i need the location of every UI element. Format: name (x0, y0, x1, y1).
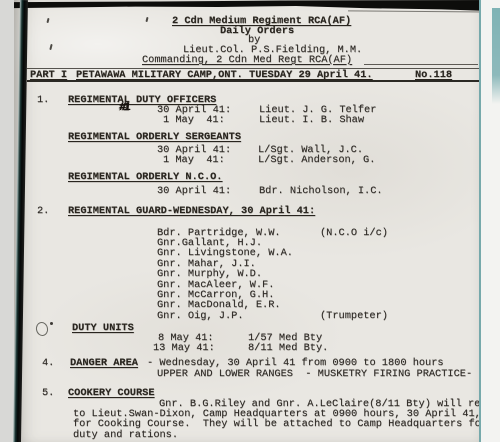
entry-name: L/Sgt. Anderson, G. (258, 155, 375, 166)
section-number: 4. (42, 358, 54, 369)
entry-unit: 8/11 Med Bty. (248, 343, 328, 354)
typed-rule (364, 64, 478, 65)
section-number: 1. (37, 95, 49, 106)
entry-date: 1 May 41: (163, 115, 225, 126)
danger-area-detail: - Wednesday, 30 April 41 from 0900 to 18… (147, 358, 444, 369)
section-number: 2. (37, 206, 49, 217)
section-heading: COOKERY COURSE (68, 388, 155, 399)
entry-name: Lieut. I. B. Shaw (259, 115, 364, 126)
section-heading: REGIMENTAL ORDERLY N.C.O. (68, 172, 222, 183)
masthead-bottom-rule (27, 80, 481, 82)
entry-date: 13 May 41: (153, 343, 215, 354)
guard-member: Gnr. Oig, J.P. (157, 311, 244, 322)
section-heading: DANGER AREA (70, 358, 138, 369)
scan-right-teal-corner (492, 8, 500, 104)
scan-right-edge-line (479, 0, 481, 442)
section-heading: REGIMENTAL ORDERLY SERGEANTS (68, 132, 241, 143)
section-heading: DUTY UNITS (72, 323, 134, 334)
danger-area-detail2: UPPER AND LOWER RANGES - MUSKETRY FIRING… (157, 369, 472, 380)
body-line: duty and rations. (73, 430, 178, 441)
entry-name: Bdr. Nicholson, I.C. (259, 186, 383, 197)
entry-date: 30 April 41: (157, 186, 231, 197)
guard-member-note: (Trumpeter) (320, 311, 388, 322)
entry-date: 1 May 41: (163, 155, 225, 166)
commanding-line: Commanding, 2 Cdn Med Regt RCA(AF) (142, 55, 352, 66)
guard-member-note: (N.C.O i/c) (320, 228, 388, 239)
scanned-document: 2 Cdn Medium Regiment RCA(AF) Daily Orde… (0, 0, 500, 442)
correction-mark: #1 (118, 103, 128, 114)
section-number: 5. (42, 388, 54, 399)
section-heading: REGIMENTAL GUARD-WEDNESDAY, 30 April 41: (68, 206, 315, 217)
smudged-item-number-dot (50, 322, 53, 325)
